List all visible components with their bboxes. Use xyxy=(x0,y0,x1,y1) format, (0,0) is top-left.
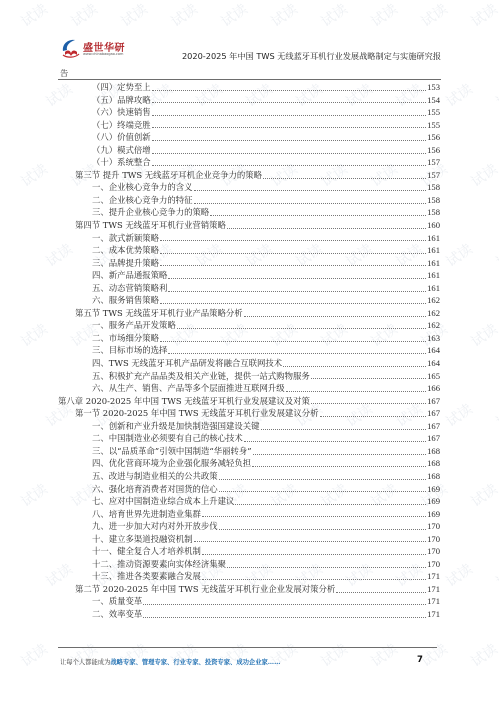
toc-page-number: 171 xyxy=(427,595,440,608)
toc-entry-label: 第三节 提升 TWS 无线蓝牙耳机企业竞争力的策略 xyxy=(75,169,262,182)
toc-item-entry[interactable]: 九、进一步加大对内对外开放步伐170 xyxy=(58,520,440,533)
toc-entry-label: 十二、推动资源要素向实体经济集聚 xyxy=(92,558,226,571)
toc-page-number: 161 xyxy=(427,244,440,257)
toc-leader-dots xyxy=(152,102,426,103)
toc-entry-label: 四、TWS 无线蓝牙耳机产品研发将融合互联网技术 xyxy=(92,357,282,370)
toc-item-entry[interactable]: 三、目标市场的选择164 xyxy=(58,344,440,357)
toc-section-entry[interactable]: 第四节 TWS 无线蓝牙耳机行业营销策略160 xyxy=(58,219,440,232)
toc-item-entry[interactable]: 一、服务产品开发策略162 xyxy=(58,319,440,332)
toc-item-entry[interactable]: 六、强化培育消费者对国货的信心169 xyxy=(58,483,440,496)
toc-page-number: 171 xyxy=(427,570,440,583)
toc-page-number: 169 xyxy=(427,508,440,521)
toc-page-number: 167 xyxy=(427,395,440,408)
toc-leader-dots xyxy=(160,240,426,241)
toc-entry-label: 九、进一步加大对内对外开放步伐 xyxy=(92,520,218,533)
toc-entry-label: 一、服务产品开发策略 xyxy=(92,319,176,332)
toc-leader-dots xyxy=(202,516,426,517)
toc-entry-label: 二、成本优势策略 xyxy=(92,244,159,257)
toc-item-entry[interactable]: 十二、推动资源要素向实体经济集聚170 xyxy=(58,558,440,571)
toc-page-number: 170 xyxy=(427,545,440,558)
toc-item-entry[interactable]: 八、培育世界先进制造业集群169 xyxy=(58,508,440,521)
toc-page-number: 169 xyxy=(427,483,440,496)
toc-leader-dots xyxy=(263,178,426,179)
toc-page-number: 158 xyxy=(427,194,440,207)
toc-leader-dots xyxy=(219,529,426,530)
toc-entry-label: 六、强化培育消费者对国货的信心 xyxy=(92,483,218,496)
toc-item-entry[interactable]: （六）快速销售155 xyxy=(58,106,440,119)
toc-leader-dots xyxy=(143,617,426,618)
toc-item-entry[interactable]: 二、企业核心竞争力的特征158 xyxy=(58,194,440,207)
toc-leader-dots xyxy=(152,127,426,128)
toc-leader-dots xyxy=(152,115,426,116)
toc-leader-dots xyxy=(194,203,427,204)
toc-item-entry[interactable]: 十三、推进各类要素融合发展171 xyxy=(58,570,440,583)
toc-leader-dots xyxy=(168,353,426,354)
footer-divider xyxy=(58,647,437,648)
toc-page-number: 164 xyxy=(427,344,440,357)
toc-page-number: 162 xyxy=(427,307,440,320)
toc-entry-label: （六）快速销售 xyxy=(92,106,151,119)
footer-slogan-prefix: 让每个人都能成为 xyxy=(60,659,110,666)
toc-entry-label: 一、质量变革 xyxy=(92,595,142,608)
toc-page-number: 162 xyxy=(427,294,440,307)
report-title-continuation: 告 xyxy=(60,68,68,79)
toc-leader-dots xyxy=(210,215,426,216)
toc-entry-label: （五）品牌攻略 xyxy=(92,94,151,107)
toc-page-number: 158 xyxy=(427,181,440,194)
toc-entry-label: 五、积极扩充产品品类及相关产业链，提供一站式购物服务 xyxy=(92,370,310,383)
toc-page-number: 164 xyxy=(427,357,440,370)
toc-entry-label: 第五节 TWS 无线蓝牙耳机行业产品策略分析 xyxy=(75,307,243,320)
toc-section-entry[interactable]: 第三节 提升 TWS 无线蓝牙耳机企业竞争力的策略157 xyxy=(58,169,440,182)
toc-item-entry[interactable]: 六、服务销售策略162 xyxy=(58,294,440,307)
book-swoosh-logo-icon xyxy=(60,37,82,59)
toc-page-number: 161 xyxy=(427,282,440,295)
toc-leader-dots xyxy=(168,278,426,279)
footer-slogan: 让每个人都能成为战略专家、管理专家、行业专家、投资专家、成功企业家…… xyxy=(60,657,280,666)
toc-page-number: 154 xyxy=(427,94,440,107)
toc-leader-dots xyxy=(252,466,426,467)
toc-leader-dots xyxy=(168,291,426,292)
toc-leader-dots xyxy=(311,403,426,404)
toc-item-entry[interactable]: 六、从生产、销售、产品等多个层面推进互联网升级166 xyxy=(58,382,440,395)
toc-entry-label: 二、中国制造业必须要有自己的核心技术 xyxy=(92,432,243,445)
toc-entry-label: 一、创新和产业升级是加快制造强国建设关键 xyxy=(92,420,260,433)
toc-page-number: 168 xyxy=(427,445,440,458)
toc-item-entry[interactable]: （五）品牌攻略154 xyxy=(58,94,440,107)
toc-entry-label: 六、从生产、销售、产品等多个层面推进互联网升级 xyxy=(92,382,285,395)
toc-page-number: 161 xyxy=(427,269,440,282)
toc-page-number: 161 xyxy=(427,257,440,270)
toc-leader-dots xyxy=(219,491,426,492)
toc-entry-label: 二、效率变革 xyxy=(92,608,142,621)
toc-section-entry[interactable]: 第二节 2020-2025 年中国 TWS 无线蓝牙耳机行业企业发展对策分析17… xyxy=(58,583,440,596)
toc-leader-dots xyxy=(152,153,426,154)
toc-leader-dots xyxy=(227,567,426,568)
toc-item-entry[interactable]: 一、企业核心竞争力的含义158 xyxy=(58,181,440,194)
toc-item-entry[interactable]: 二、市场细分策略163 xyxy=(58,332,440,345)
toc-page-number: 167 xyxy=(427,432,440,445)
toc-entry-label: 八、培育世界先进制造业集群 xyxy=(92,508,201,521)
toc-entry-label: 三、提升企业核心竞争力的策略 xyxy=(92,206,209,219)
toc-leader-dots xyxy=(160,341,426,342)
toc-entry-label: 十三、推进各类要素融合发展 xyxy=(92,570,201,583)
table-of-contents: （四）定势至上153（五）品牌攻略154（六）快速销售155（七）终端竞胜155… xyxy=(58,81,440,621)
header-divider xyxy=(58,79,441,80)
toc-entry-label: 第一节 2020-2025 年中国 TWS 无线蓝牙耳机行业发展建议分析 xyxy=(75,407,319,420)
toc-leader-dots xyxy=(235,504,426,505)
toc-page-number: 156 xyxy=(427,131,440,144)
toc-entry-label: 第二节 2020-2025 年中国 TWS 无线蓝牙耳机行业企业发展对策分析 xyxy=(75,583,335,596)
toc-leader-dots xyxy=(336,592,426,593)
toc-leader-dots xyxy=(286,391,426,392)
toc-entry-label: 四、优化营商环境为企业强化服务减轻负担 xyxy=(92,457,251,470)
toc-chapter-entry[interactable]: 第八章 2020-2025 年中国 TWS 无线蓝牙耳机行业发展建议及对策167 xyxy=(58,395,440,408)
toc-item-entry[interactable]: 二、效率变革171 xyxy=(58,608,440,621)
toc-page-number: 156 xyxy=(427,144,440,157)
toc-entry-label: 二、企业核心竞争力的特征 xyxy=(92,194,193,207)
toc-page-number: 170 xyxy=(427,558,440,571)
toc-item-entry[interactable]: 五、改进与制造业相关的公共政策168 xyxy=(58,470,440,483)
toc-page-number: 155 xyxy=(427,106,440,119)
toc-leader-dots xyxy=(177,328,426,329)
toc-entry-label: 二、市场细分策略 xyxy=(92,332,159,345)
footer-slogan-highlight: 战略专家、管理专家、行业专家、投资专家、成功企业家…… xyxy=(110,659,280,666)
toc-page-number: 155 xyxy=(427,119,440,132)
toc-leader-dots xyxy=(152,90,426,91)
toc-item-entry[interactable]: （九）模式倍增156 xyxy=(58,144,440,157)
toc-page-number: 161 xyxy=(427,232,440,245)
toc-page-number: 168 xyxy=(427,470,440,483)
toc-page-number: 170 xyxy=(427,520,440,533)
toc-leader-dots xyxy=(160,253,426,254)
toc-page-number: 158 xyxy=(427,206,440,219)
toc-leader-dots xyxy=(219,479,426,480)
toc-page-number: 163 xyxy=(427,332,440,345)
toc-page-number: 157 xyxy=(427,169,440,182)
document-page: 盛世华研 www.chinabaogao.com 2020-2025 年中国 T… xyxy=(0,0,499,706)
toc-page-number: 166 xyxy=(427,382,440,395)
toc-item-entry[interactable]: 一、创新和产业升级是加快制造强国建设关键167 xyxy=(58,420,440,433)
toc-entry-label: （七）终端竞胜 xyxy=(92,119,151,132)
toc-leader-dots xyxy=(261,429,427,430)
toc-entry-label: 三、品牌提升策略 xyxy=(92,257,159,270)
toc-page-number: 171 xyxy=(427,608,440,621)
toc-leader-dots xyxy=(152,165,426,166)
toc-item-entry[interactable]: （四）定势至上153 xyxy=(58,81,440,94)
toc-entry-label: 五、改进与制造业相关的公共政策 xyxy=(92,470,218,483)
toc-item-entry[interactable]: 一、款式新颖策略161 xyxy=(58,232,440,245)
toc-page-number: 171 xyxy=(427,583,440,596)
toc-page-number: 167 xyxy=(427,407,440,420)
toc-page-number: 162 xyxy=(427,319,440,332)
toc-leader-dots xyxy=(311,378,426,379)
toc-entry-label: 十、建立多渠道投融资机制 xyxy=(92,533,193,546)
toc-item-entry[interactable]: （七）终端竞胜155 xyxy=(58,119,440,132)
toc-page-number: 169 xyxy=(427,495,440,508)
toc-leader-dots xyxy=(202,579,426,580)
toc-entry-label: 四、新产品通报策略 xyxy=(92,269,167,282)
toc-leader-dots xyxy=(244,441,426,442)
toc-item-entry[interactable]: 七、应对中国制造业综合成本上升建议169 xyxy=(58,495,440,508)
toc-leader-dots xyxy=(152,140,426,141)
toc-entry-label: 十一、健全复合人才培养机制 xyxy=(92,545,201,558)
toc-entry-label: （九）模式倍增 xyxy=(92,144,151,157)
toc-leader-dots xyxy=(253,454,427,455)
toc-item-entry[interactable]: 四、TWS 无线蓝牙耳机产品研发将融合互联网技术164 xyxy=(58,357,440,370)
toc-page-number: 170 xyxy=(427,533,440,546)
toc-item-entry[interactable]: 五、积极扩充产品品类及相关产业链，提供一站式购物服务165 xyxy=(58,370,440,383)
toc-leader-dots xyxy=(160,303,426,304)
toc-item-entry[interactable]: 二、中国制造业必须要有自己的核心技术167 xyxy=(58,432,440,445)
toc-entry-label: 五、动态营销策略利 xyxy=(92,282,167,295)
toc-page-number: 160 xyxy=(427,219,440,232)
toc-page-number: 168 xyxy=(427,457,440,470)
toc-entry-label: 第八章 2020-2025 年中国 TWS 无线蓝牙耳机行业发展建议及对策 xyxy=(58,395,310,408)
report-title: 2020-2025 年中国 TWS 无线蓝牙耳机行业发展战略制定与实施研究报 xyxy=(182,51,441,62)
toc-item-entry[interactable]: 三、品牌提升策略161 xyxy=(58,257,440,270)
toc-section-entry[interactable]: 第五节 TWS 无线蓝牙耳机行业产品策略分析162 xyxy=(58,307,440,320)
toc-item-entry[interactable]: 三、以“品质革命”引领中国制造“华丽转身”168 xyxy=(58,445,440,458)
toc-section-entry[interactable]: 第一节 2020-2025 年中国 TWS 无线蓝牙耳机行业发展建议分析167 xyxy=(58,407,440,420)
toc-page-number: 157 xyxy=(427,156,440,169)
toc-leader-dots xyxy=(143,604,426,605)
toc-page-number: 165 xyxy=(427,370,440,383)
toc-page-number: 153 xyxy=(427,81,440,94)
toc-entry-label: 三、以“品质革命”引领中国制造“华丽转身” xyxy=(92,445,252,458)
toc-entry-label: 六、服务销售策略 xyxy=(92,294,159,307)
toc-item-entry[interactable]: 四、新产品通报策略161 xyxy=(58,269,440,282)
toc-leader-dots xyxy=(194,541,427,542)
toc-item-entry[interactable]: 十、建立多渠道投融资机制170 xyxy=(58,533,440,546)
toc-leader-dots xyxy=(194,190,427,191)
toc-item-entry[interactable]: 五、动态营销策略利161 xyxy=(58,282,440,295)
toc-leader-dots xyxy=(202,554,426,555)
toc-item-entry[interactable]: 一、质量变革171 xyxy=(58,595,440,608)
page-number: 7 xyxy=(417,655,423,665)
toc-entry-label: 三、目标市场的选择 xyxy=(92,344,167,357)
toc-leader-dots xyxy=(227,228,426,229)
toc-item-entry[interactable]: （八）价值创新156 xyxy=(58,131,440,144)
toc-entry-label: 第四节 TWS 无线蓝牙耳机行业营销策略 xyxy=(75,219,226,232)
toc-entry-label: （四）定势至上 xyxy=(92,81,151,94)
toc-leader-dots xyxy=(160,265,426,266)
toc-entry-label: （十）系统整合 xyxy=(92,156,151,169)
toc-item-entry[interactable]: 三、提升企业核心竞争力的策略158 xyxy=(58,206,440,219)
company-logo: 盛世华研 www.chinabaogao.com xyxy=(60,37,130,61)
toc-page-number: 167 xyxy=(427,420,440,433)
toc-item-entry[interactable]: 四、优化营商环境为企业强化服务减轻负担168 xyxy=(58,457,440,470)
logo-url: www.chinabaogao.com xyxy=(83,52,123,56)
toc-item-entry[interactable]: （十）系统整合157 xyxy=(58,156,440,169)
toc-leader-dots xyxy=(320,416,427,417)
toc-entry-label: 七、应对中国制造业综合成本上升建议 xyxy=(92,495,234,508)
toc-item-entry[interactable]: 十一、健全复合人才培养机制170 xyxy=(58,545,440,558)
toc-entry-label: 一、款式新颖策略 xyxy=(92,232,159,245)
toc-leader-dots xyxy=(244,316,426,317)
toc-entry-label: （八）价值创新 xyxy=(92,131,151,144)
toc-leader-dots xyxy=(283,366,426,367)
toc-item-entry[interactable]: 二、成本优势策略161 xyxy=(58,244,440,257)
toc-entry-label: 一、企业核心竞争力的含义 xyxy=(92,181,193,194)
